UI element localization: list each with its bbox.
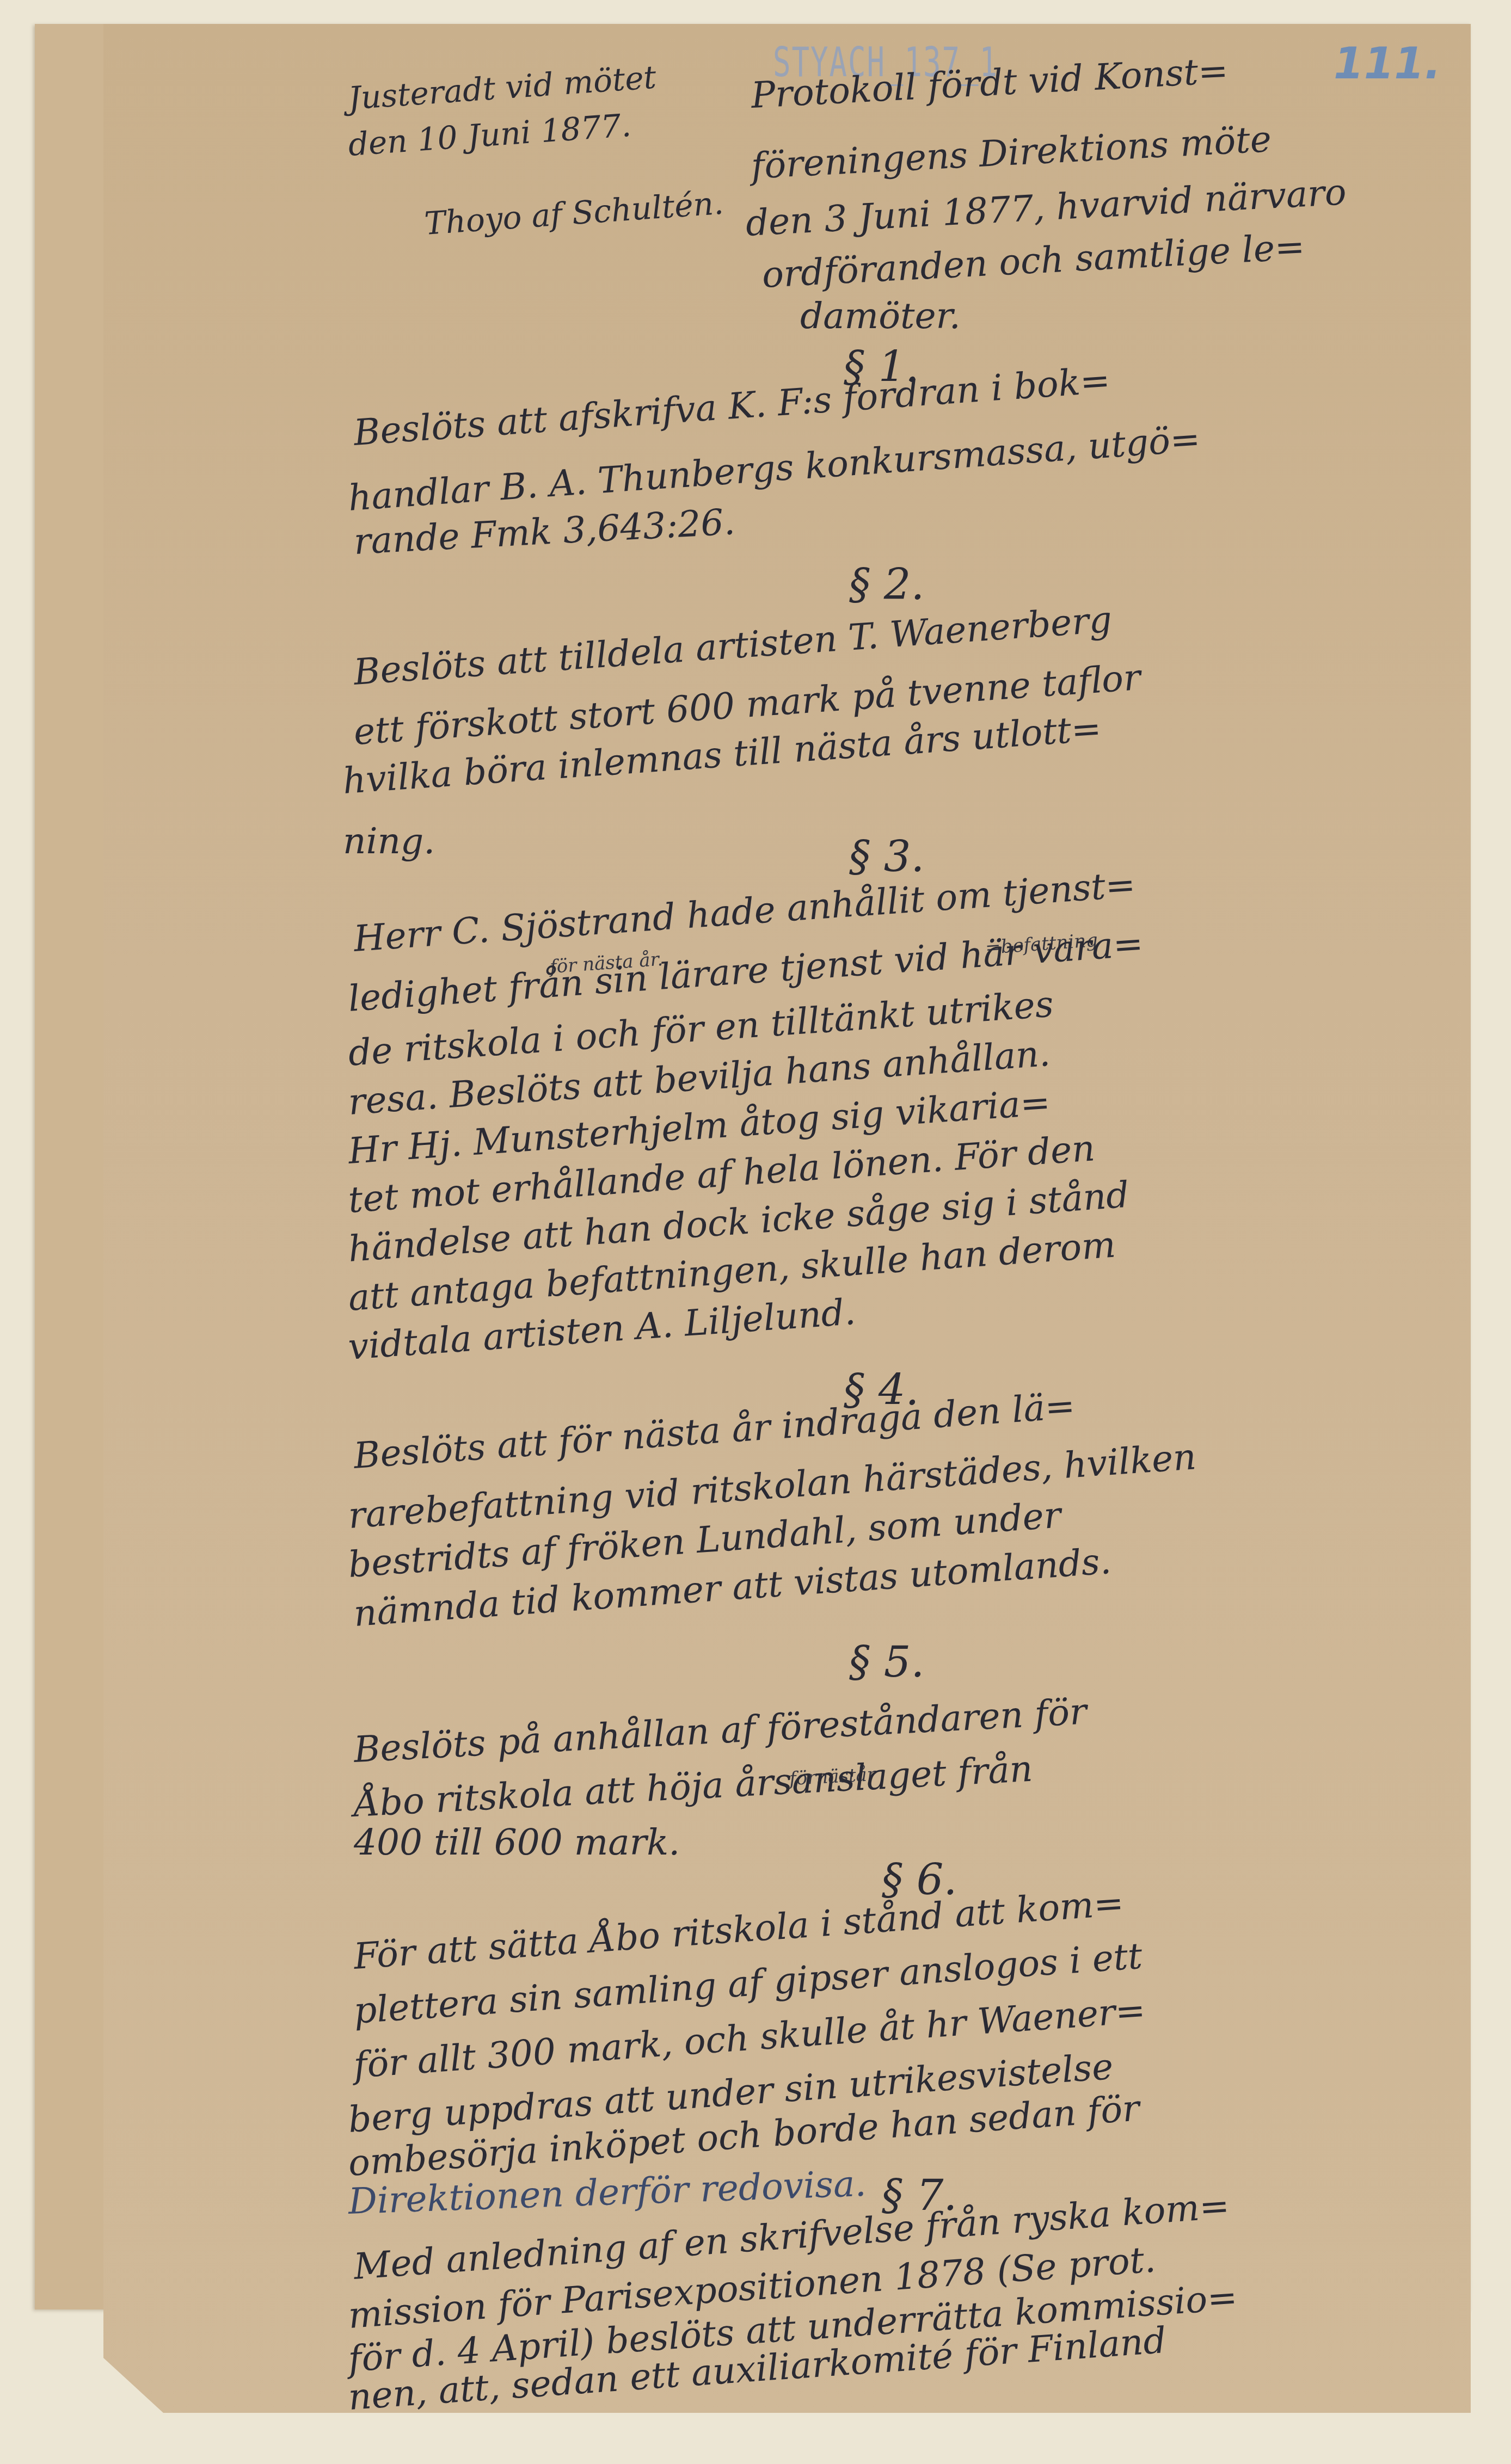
heading-line: damöter. (800, 297, 961, 336)
section-line: ning. (343, 822, 435, 861)
folio-number: 111. (1334, 38, 1441, 89)
section-line: 400 till 600 mark. (354, 1823, 680, 1863)
section-marker: § 2. (849, 560, 924, 609)
section-marker: § 3. (849, 833, 924, 882)
section-marker: § 5. (849, 1638, 924, 1687)
